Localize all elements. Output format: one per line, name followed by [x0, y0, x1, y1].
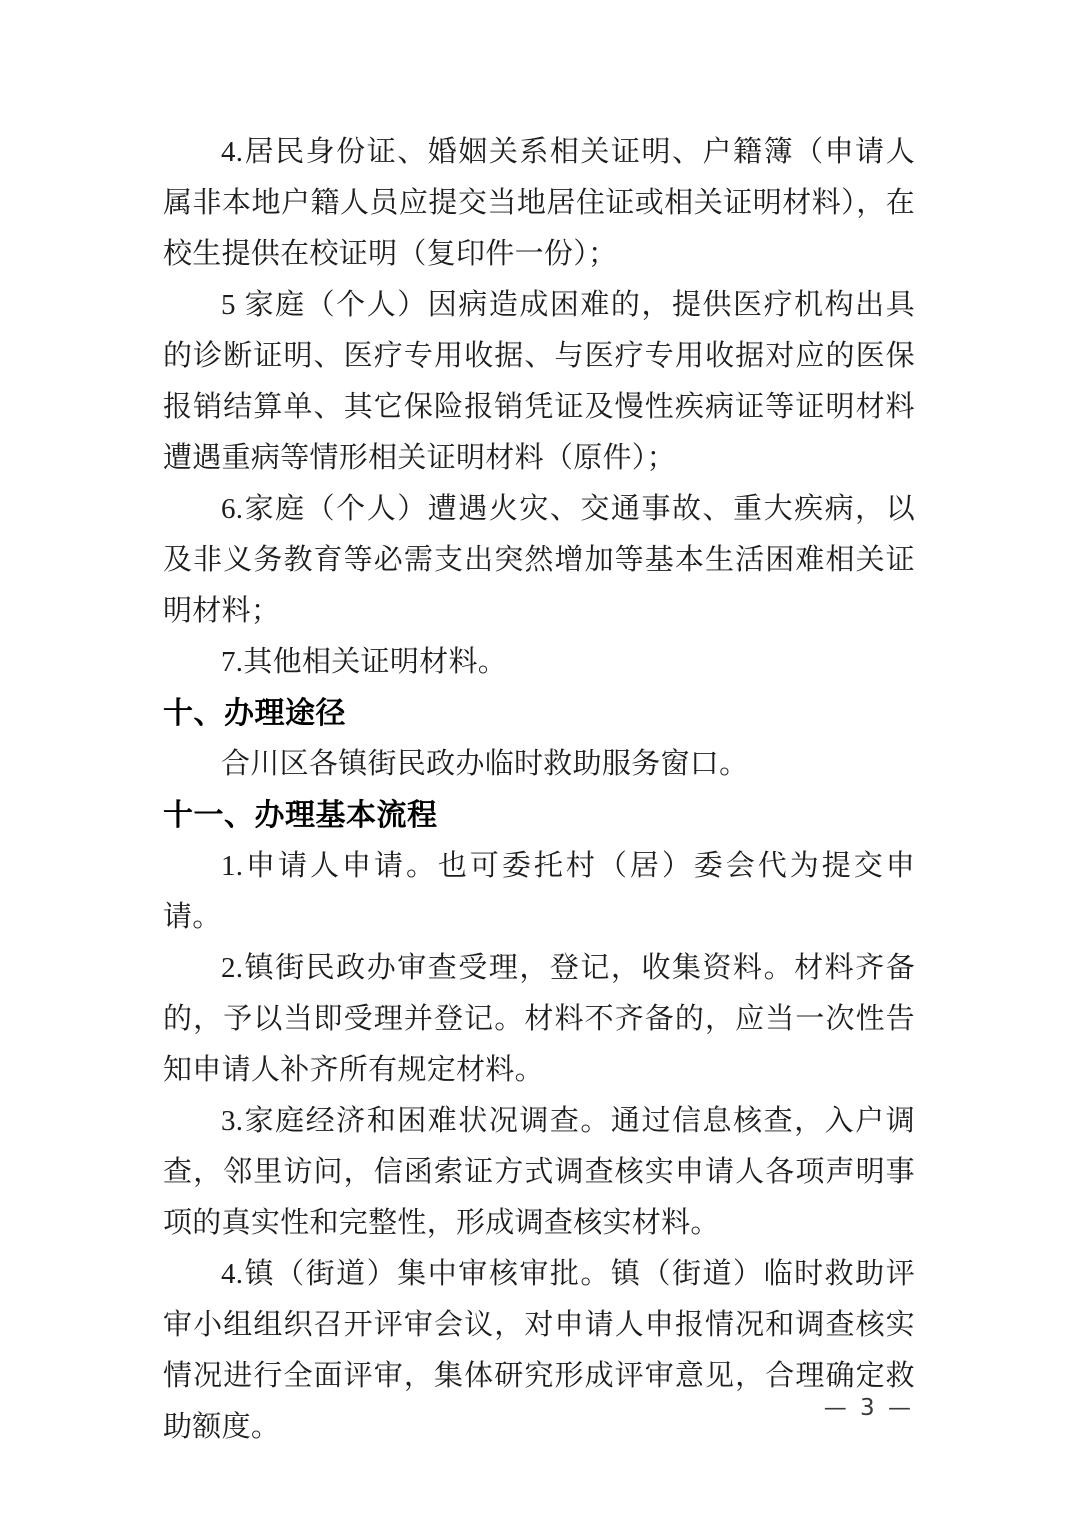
heading-section-11-process: 十一、办理基本流程	[163, 790, 915, 841]
document-page: 4.居民身份证、婚姻关系相关证明、户籍簿（申请人属非本地户籍人员应提交当地居住证…	[0, 0, 1074, 1520]
paragraph-item-4-id-documents: 4.居民身份证、婚姻关系相关证明、户籍簿（申请人属非本地户籍人员应提交当地居住证…	[163, 127, 915, 280]
paragraph-step-4-approval: 4.镇（街道）集中审核审批。镇（街道）临时救助评审小组组织召开评审会议，对申请人…	[163, 1249, 915, 1453]
page-number: — 3 —	[824, 1394, 914, 1422]
paragraph-item-5-medical-proof: 5 家庭（个人）因病造成困难的，提供医疗机构出具的诊断证明、医疗专用收据、与医疗…	[163, 280, 915, 484]
paragraph-step-2-review: 2.镇街民政办审查受理，登记，收集资料。材料齐备的，予以当即受理并登记。材料不齐…	[163, 943, 915, 1096]
heading-section-10-channel: 十、办理途径	[163, 688, 915, 739]
paragraph-item-6-disaster-proof: 6.家庭（个人）遭遇火灾、交通事故、重大疾病，以及非义务教育等必需支出突然增加等…	[163, 484, 915, 637]
document-body: 4.居民身份证、婚姻关系相关证明、户籍簿（申请人属非本地户籍人员应提交当地居住证…	[163, 127, 915, 1453]
paragraph-item-7-other-proof: 7.其他相关证明材料。	[163, 637, 915, 688]
paragraph-step-1-apply: 1.申请人申请。也可委托村（居）委会代为提交申请。	[163, 841, 915, 943]
paragraph-step-3-investigation: 3.家庭经济和困难状况调查。通过信息核查，入户调查，邻里访问，信函索证方式调查核…	[163, 1096, 915, 1249]
paragraph-service-window: 合川区各镇街民政办临时救助服务窗口。	[163, 739, 915, 790]
